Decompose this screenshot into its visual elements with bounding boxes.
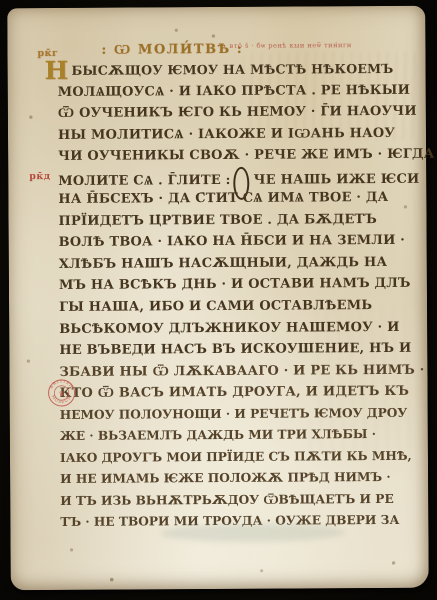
- british-museum-stamp: BRITISH MUSEUM ♛: [46, 378, 76, 408]
- manuscript-line: ны молитисѧ · іакоже и іѡань наоу: [58, 122, 414, 146]
- text-run: гы наша, ибо и сами оставлѣемь: [59, 298, 372, 315]
- text-run: же · вьзаемлъ даждь ми три хлѣбы ·: [60, 427, 376, 443]
- text-run: збави ны ѿ лѫкавааго · и ре кь нимъ ·: [59, 362, 424, 379]
- text-run: волѣ твоа · іако на н̄бси и на земли ·: [59, 233, 405, 250]
- parchment-specks: [7, 8, 9, 10]
- manuscript-line: іако дроугъ мои прїиде съ пѫти кь мнѣ,: [60, 446, 416, 470]
- text-run: на н̄бсехъ · да с̄тит сѧ имѧ твое · да: [58, 190, 388, 207]
- text-block: нбысѫщоу ѥмоу на мѣстѣ нѣкоемъмолѧщоусѧ …: [58, 58, 417, 534]
- text-run: вьсѣкомоу длъжникоу нашемоу · и: [59, 319, 399, 336]
- manuscript-page: : ѡ моли́твѣ : вто̄ ѕ̄ · бѡ ренѣ кыи неѿ…: [7, 6, 429, 591]
- text-run: не въведи насъ въ искоушение, нъ и: [59, 341, 411, 358]
- manuscript-line: и тъ изь вьнѫтрьѫдоу ѿвѣщаетъ и ре: [60, 489, 416, 513]
- text-run: хлѣбъ нашъ насѫщныи, даждь на: [59, 255, 388, 272]
- text-run: и тъ изь вьнѫтрьѫдоу ѿвѣщаетъ и ре: [60, 492, 394, 508]
- illuminated-initial-n: н: [45, 66, 69, 76]
- text-run: молѧщоусѧ · и іако прѣста . ре нѣкыи: [58, 82, 410, 99]
- manuscript-line: молите сѧ . г̄лите :че нашь иже ѥси: [58, 166, 414, 190]
- manuscript-line: хлѣбъ нашъ насѫщныи, даждь на: [59, 252, 415, 276]
- manuscript-line: прїидетъ ц̄ртвие твое . да бѫдетъ: [58, 209, 414, 233]
- text-run: че нашь иже ѥси: [254, 172, 420, 188]
- text-run: молите сѧ . г̄лите :: [58, 173, 230, 189]
- manuscript-line: збави ны ѿ лѫкавааго · и ре кь нимъ ·: [59, 359, 415, 383]
- text-run: бысѫщоу ѥмоу на мѣстѣ нѣкоемъ: [71, 61, 393, 78]
- manuscript-line: чи оученикы своѫ · рече же имъ · ѥгда: [58, 144, 414, 168]
- manuscript-line: мъ на всѣкъ д̄нь · и остави намъ длъ: [59, 273, 415, 297]
- manuscript-line: не въведи насъ въ искоушение, нъ и: [59, 338, 415, 362]
- page-title-rubric: : ѡ моли́твѣ :: [101, 41, 243, 58]
- ammonian-section-number: рк̄д: [29, 171, 50, 182]
- manuscript-line: и не имамь ѥже положѫ прѣд нимъ ·: [60, 467, 416, 491]
- text-run: ны молитисѧ · іакоже и іѡань наоу: [58, 126, 395, 143]
- manuscript-line: нбысѫщоу ѥмоу на мѣстѣ нѣкоемъ: [58, 58, 414, 82]
- manuscript-line: ѿ оученикъ ѥго кь немоу · г̄и наоучи: [58, 101, 414, 125]
- text-run: мъ на всѣкъ д̄нь · и остави намъ длъ: [59, 276, 411, 293]
- manuscript-line: вьсѣкомоу длъжникоу нашемоу · и: [59, 316, 415, 340]
- text-run: іако дроугъ мои прїиде съ пѫти кь мнѣ,: [60, 449, 412, 465]
- text-run: кто ѿ васъ имать дроуга, и идетъ къ: [60, 384, 410, 401]
- text-run: ѿ оученикъ ѥго кь немоу · г̄и наоучи: [58, 104, 417, 121]
- manuscript-line: на н̄бсехъ · да с̄тит сѧ имѧ твое · да: [58, 187, 414, 211]
- manuscript-line: волѣ твоа · іако на н̄бси и на земли ·: [59, 230, 415, 254]
- text-run: и не имамь ѥже положѫ прѣд нимъ ·: [60, 470, 391, 486]
- text-run: немоу полоунощи · и речетъ ѥмоу дроу: [60, 406, 408, 422]
- text-run: чи оученикы своѫ · рече же имъ · ѥгда: [58, 147, 434, 164]
- manuscript-line: же · вьзаемлъ даждь ми три хлѣбы ·: [60, 424, 416, 448]
- ink-smudge-stain: [160, 523, 345, 542]
- crown-icon: ♛: [58, 390, 64, 398]
- text-run: прїидетъ ц̄ртвие твое . да бѫдетъ: [58, 212, 377, 229]
- manuscript-line: кто ѿ васъ имать дроуга, и идетъ къ: [60, 381, 416, 405]
- manuscript-line: немоу полоунощи · и речетъ ѥмоу дроу: [60, 403, 416, 427]
- manuscript-line: молѧщоусѧ · и іако прѣста . ре нѣкыи: [58, 79, 414, 103]
- manuscript-line: гы наша, ибо и сами оставлѣемь: [59, 295, 415, 319]
- liturgical-rubric-note: вто̄ ѕ̄ · бѡ ренѣ кыи неѿ тин́игн: [229, 42, 389, 50]
